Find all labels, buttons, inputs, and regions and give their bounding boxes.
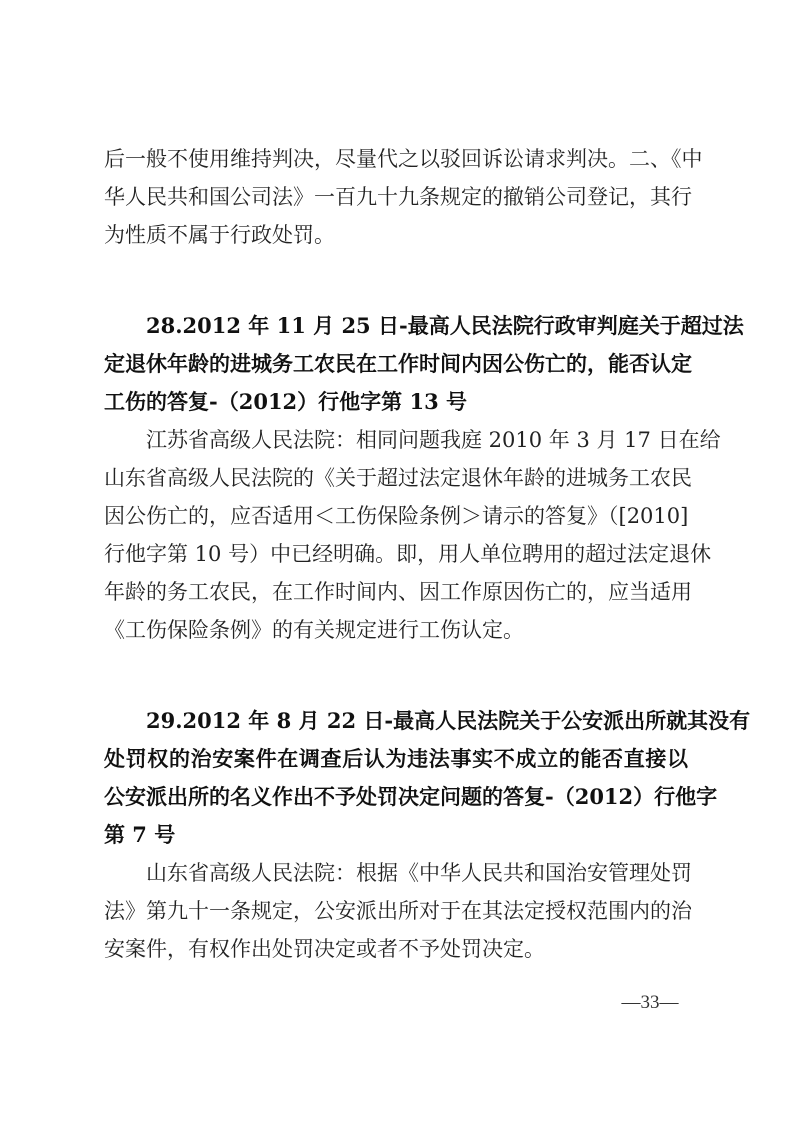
page-number: —33—	[620, 990, 680, 1016]
heading-line: 28.2012 年 11 月 25 日-最高人民法院行政审判庭关于超过法	[104, 307, 688, 345]
text-line: 山东省高级人民法院的《关于超过法定退休年龄的进城务工农民	[104, 459, 688, 497]
heading-line: 定退休年龄的进城务工农民在工作时间内因公伤亡的，能否认定	[104, 345, 688, 383]
text-line: 山东省高级人民法院：根据《中华人民共和国治安管理处罚	[104, 854, 688, 892]
heading-line: 公安派出所的名义作出不予处罚决定问题的答复-（2012）行他字	[104, 778, 688, 816]
text-line: 《工伤保险条例》的有关规定进行工伤认定。	[104, 611, 688, 649]
text-line: 江苏省高级人民法院：相同问题我庭 2010 年 3 月 17 日在给	[104, 421, 688, 459]
text-line: 安案件，有权作出处罚决定或者不予处罚决定。	[104, 930, 688, 968]
text-line: 为性质不属于行政处罚。	[104, 216, 688, 254]
text-line: 华人民共和国公司法》一百九十九条规定的撤销公司登记，其行	[104, 178, 688, 216]
text-line: 年龄的务工农民，在工作时间内、因工作原因伤亡的，应当适用	[104, 573, 688, 611]
heading-line: 处罚权的治安案件在调查后认为违法事实不成立的能否直接以	[104, 740, 688, 778]
heading-line: 29.2012 年 8 月 22 日-最高人民法院关于公安派出所就其没有	[104, 702, 688, 740]
text-line: 因公伤亡的，应否适用＜工伤保险条例＞请示的答复》（[2010]	[104, 497, 688, 535]
text-line: 后一般不使用维持判决，尽量代之以驳回诉讼请求判决。二、《中	[104, 140, 688, 178]
heading-line: 第 7 号	[104, 816, 688, 854]
heading-line: 工伤的答复-（2012）行他字第 13 号	[104, 383, 688, 421]
text-line: 法》第九十一条规定，公安派出所对于在其法定授权范围内的治	[104, 892, 688, 930]
text-line: 行他字第 10 号）中已经明确。即，用人单位聘用的超过法定退休	[104, 535, 688, 573]
document-page: 后一般不使用维持判决，尽量代之以驳回诉讼请求判决。二、《中 华人民共和国公司法》…	[0, 0, 793, 1122]
